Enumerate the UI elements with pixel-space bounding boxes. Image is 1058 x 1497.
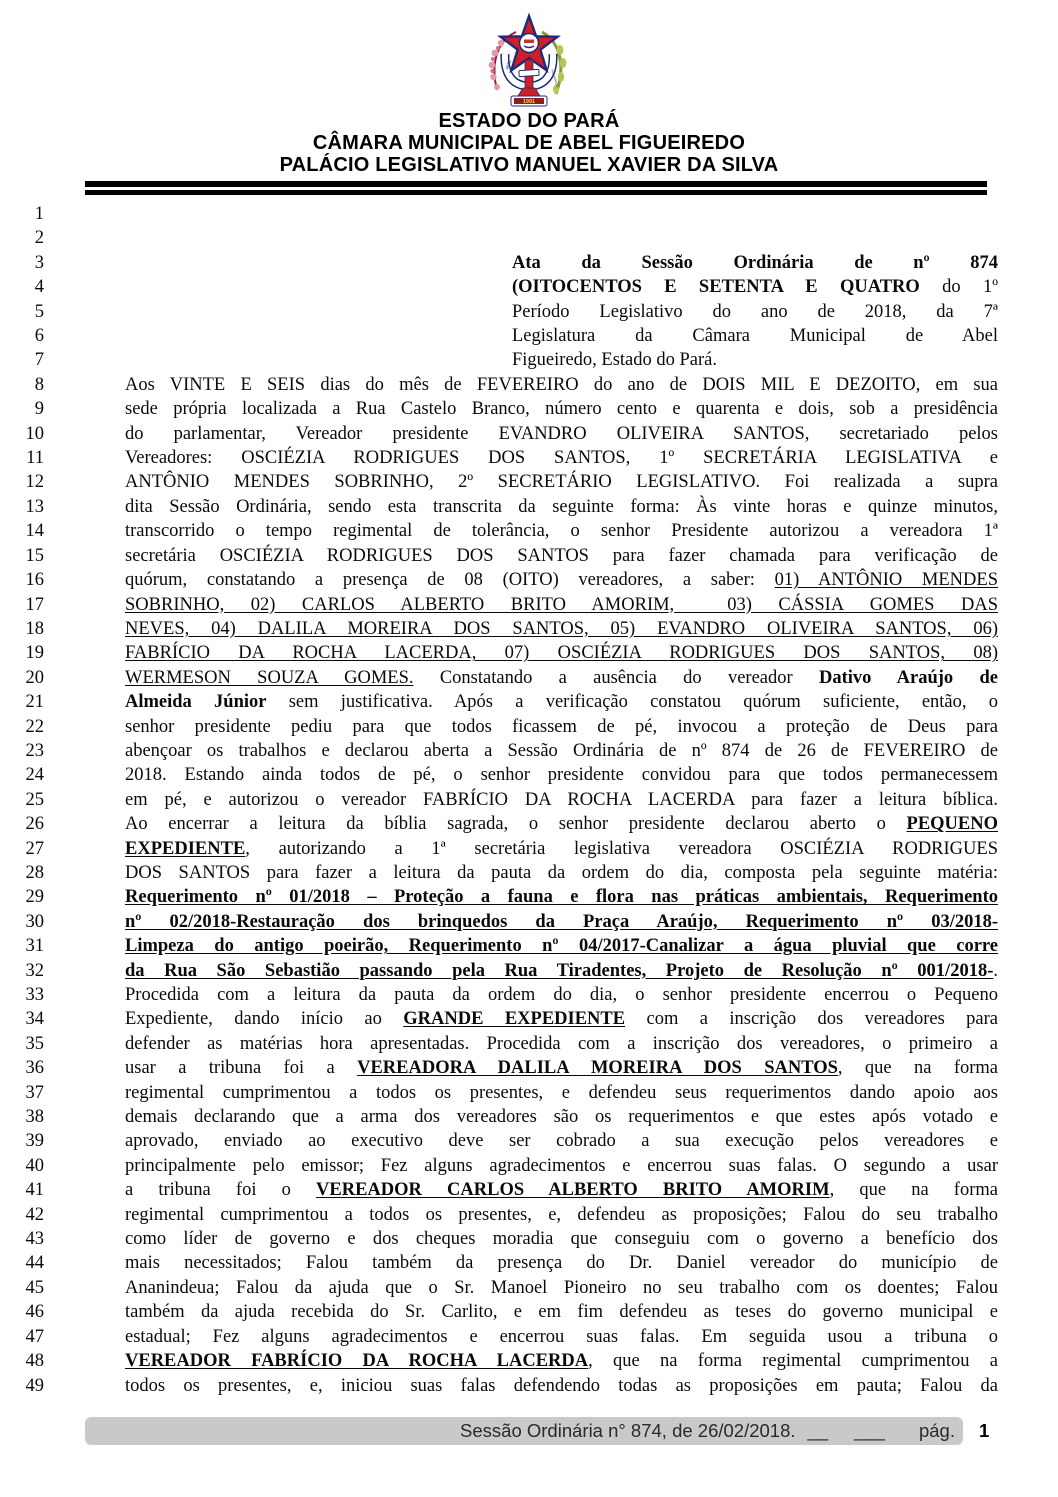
footer-blank-1: __ <box>808 1420 829 1442</box>
line-number: 19 <box>0 641 44 665</box>
line-number: 27 <box>0 837 44 861</box>
line-number: 32 <box>0 959 44 983</box>
document-line: 23abençoar os trabalhos e declarou abert… <box>0 739 1058 763</box>
line-text: dita Sessão Ordinária, sendo esta transc… <box>125 495 998 519</box>
document-line: 3Ata da Sessão Ordinária de nº 874 <box>0 251 1058 275</box>
document-line: 40principalmente pelo emissor; Fez algun… <box>0 1154 1058 1178</box>
document-line: 43como líder de governo e dos cheques mo… <box>0 1227 1058 1251</box>
line-text: transcorrido o tempo regimental de toler… <box>125 519 998 543</box>
line-text: da Rua São Sebastião passando pela Rua T… <box>125 959 998 983</box>
line-number: 45 <box>0 1276 44 1300</box>
line-text: do parlamentar, Vereador presidente EVAN… <box>125 422 998 446</box>
line-number: 46 <box>0 1300 44 1324</box>
line-text: usar a tribuna foi a VEREADORA DALILA MO… <box>125 1056 998 1080</box>
line-number: 41 <box>0 1178 44 1202</box>
line-number: 49 <box>0 1374 44 1398</box>
line-number: 38 <box>0 1105 44 1129</box>
line-number: 31 <box>0 934 44 958</box>
line-number: 14 <box>0 519 44 543</box>
line-number: 26 <box>0 812 44 836</box>
document-line: 22senhor presidente pediu para que todos… <box>0 715 1058 739</box>
rule-bottom-line <box>85 190 987 195</box>
line-number: 11 <box>0 446 44 470</box>
document-line: 16quórum, constatando a presença de 08 (… <box>0 568 1058 592</box>
document-line: 29Requerimento nº 01/2018 – Proteção a f… <box>0 885 1058 909</box>
document-line: 13dita Sessão Ordinária, sendo esta tran… <box>0 495 1058 519</box>
document-line: 49todos os presentes, e, iniciou suas fa… <box>0 1374 1058 1398</box>
line-number: 35 <box>0 1032 44 1056</box>
document-line: 4(OITOCENTOS E SETENTA E QUATRO do 1º <box>0 275 1058 299</box>
line-number: 5 <box>0 300 44 324</box>
line-number: 4 <box>0 275 44 299</box>
line-number: 3 <box>0 251 44 275</box>
line-text: EXPEDIENTE, autorizando a 1ª secretária … <box>125 837 998 861</box>
document-line: 41a tribuna foi o VEREADOR CARLOS ALBERT… <box>0 1178 1058 1202</box>
line-text: Aos VINTE E SEIS dias do mês de FEVEREIR… <box>125 373 998 397</box>
line-number: 29 <box>0 885 44 909</box>
line-number: 34 <box>0 1007 44 1031</box>
document-line: 15secretária OSCIÉZIA RODRIGUES DOS SANT… <box>0 544 1058 568</box>
line-number: 28 <box>0 861 44 885</box>
document-page: { "header": { "title_lines": [ "ESTADO D… <box>0 0 1058 1497</box>
line-text: Almeida Júnior sem justificativa. Após a… <box>125 690 998 714</box>
line-number: 22 <box>0 715 44 739</box>
document-line: 47estadual; Fez alguns agradecimentos e … <box>0 1325 1058 1349</box>
line-number: 16 <box>0 568 44 592</box>
line-text: NEVES, 04) DALILA MOREIRA DOS SANTOS, 05… <box>125 617 998 641</box>
crest-icon: ABEL FIGUEIREDO 1991 <box>464 10 594 110</box>
document-line: 35defender as matérias hora apresentadas… <box>0 1032 1058 1056</box>
line-number: 47 <box>0 1325 44 1349</box>
document-line: 30nº 02/2018-Restauração dos brinquedos … <box>0 910 1058 934</box>
line-number: 21 <box>0 690 44 714</box>
page-footer: Sessão Ordinária n° 874, de 26/02/2018. … <box>85 1417 1058 1445</box>
document-line: 39aprovado, enviado ao executivo deve se… <box>0 1129 1058 1153</box>
line-text: nº 02/2018-Restauração dos brinquedos da… <box>125 910 998 934</box>
line-number: 10 <box>0 422 44 446</box>
line-text: também da ajuda recebida do Sr. Carlito,… <box>125 1300 998 1324</box>
document-lines: 123Ata da Sessão Ordinária de nº 8744(OI… <box>0 202 1058 1398</box>
document-line: 2 <box>0 226 1058 250</box>
line-number: 44 <box>0 1251 44 1275</box>
line-number: 9 <box>0 397 44 421</box>
line-text: defender as matérias hora apresentadas. … <box>125 1032 998 1056</box>
footer-page-number: 1 <box>979 1420 989 1442</box>
line-text: demais declarando que a arma dos vereado… <box>125 1105 998 1129</box>
line-text: todos os presentes, e, iniciou suas fala… <box>125 1374 998 1398</box>
page-header: ABEL FIGUEIREDO 1991 ESTADO DO PARÁ CÂMA… <box>0 0 1058 176</box>
line-number: 33 <box>0 983 44 1007</box>
line-number: 13 <box>0 495 44 519</box>
document-line: 33Procedida com a leitura da pauta da or… <box>0 983 1058 1007</box>
line-number: 37 <box>0 1081 44 1105</box>
line-number: 42 <box>0 1203 44 1227</box>
line-text: em pé, e autorizou o vereador FABRÍCIO D… <box>125 788 998 812</box>
document-line: 26Ao encerrar a leitura da bíblia sagrad… <box>0 812 1058 836</box>
line-number: 43 <box>0 1227 44 1251</box>
line-text: DOS SANTOS para fazer a leitura da pauta… <box>125 861 998 885</box>
line-number: 12 <box>0 470 44 494</box>
municipal-crest-logo: ABEL FIGUEIREDO 1991 <box>0 10 1058 110</box>
line-text: abençoar os trabalhos e declarou aberta … <box>125 739 998 763</box>
document-line: 21Almeida Júnior sem justificativa. Após… <box>0 690 1058 714</box>
line-text: (OITOCENTOS E SETENTA E QUATRO do 1º <box>125 275 998 299</box>
document-line: 37regimental cumprimentou a todos os pre… <box>0 1081 1058 1105</box>
document-line: 20WERMESON SOUZA GOMES. Constatando a au… <box>0 666 1058 690</box>
line-text: FABRÍCIO DA ROCHA LACERDA, 07) OSCIÉZIA … <box>125 641 998 665</box>
document-line: 9sede própria localizada a Rua Castelo B… <box>0 397 1058 421</box>
crest-year: 1991 <box>523 99 535 105</box>
line-text: 2018. Estando ainda todos de pé, o senho… <box>125 763 998 787</box>
line-number: 48 <box>0 1349 44 1373</box>
line-text <box>125 202 998 226</box>
line-text: Figueiredo, Estado do Pará. <box>125 348 998 372</box>
document-line: 17SOBRINHO, 02) CARLOS ALBERTO BRITO AMO… <box>0 593 1058 617</box>
line-text: quórum, constatando a presença de 08 (OI… <box>125 568 998 592</box>
line-text: Ata da Sessão Ordinária de nº 874 <box>125 251 998 275</box>
line-number: 15 <box>0 544 44 568</box>
line-text <box>125 226 998 250</box>
line-text: Legislatura da Câmara Municipal de Abel <box>125 324 998 348</box>
document-line: 28DOS SANTOS para fazer a leitura da pau… <box>0 861 1058 885</box>
document-line: 7Figueiredo, Estado do Pará. <box>0 348 1058 372</box>
footer-bar: Sessão Ordinária n° 874, de 26/02/2018. … <box>85 1417 963 1445</box>
line-text: ANTÔNIO MENDES SOBRINHO, 2º SECRETÁRIO L… <box>125 470 998 494</box>
line-text: Vereadores: OSCIÉZIA RODRIGUES DOS SANTO… <box>125 446 998 470</box>
line-text: Ananindeua; Falou da ajuda que o Sr. Man… <box>125 1276 998 1300</box>
footer-blank-2: ___ <box>854 1420 885 1442</box>
document-line: 34Expediente, dando início ao GRANDE EXP… <box>0 1007 1058 1031</box>
document-line: 6Legislatura da Câmara Municipal de Abel <box>0 324 1058 348</box>
header-chamber-title: CÂMARA MUNICIPAL DE ABEL FIGUEIREDO <box>0 132 1058 154</box>
line-text: WERMESON SOUZA GOMES. Constatando a ausê… <box>125 666 998 690</box>
line-text: a tribuna foi o VEREADOR CARLOS ALBERTO … <box>125 1178 998 1202</box>
line-text: mais necessitados; Falou também da prese… <box>125 1251 998 1275</box>
document-line: 27EXPEDIENTE, autorizando a 1ª secretári… <box>0 837 1058 861</box>
header-palace-title: PALÁCIO LEGISLATIVO MANUEL XAVIER DA SIL… <box>0 154 1058 176</box>
line-text: Procedida com a leitura da pauta da orde… <box>125 983 998 1007</box>
line-text: sede própria localizada a Rua Castelo Br… <box>125 397 998 421</box>
document-line: 8Aos VINTE E SEIS dias do mês de FEVEREI… <box>0 373 1058 397</box>
line-number: 7 <box>0 348 44 372</box>
line-number: 18 <box>0 617 44 641</box>
document-line: 14transcorrido o tempo regimental de tol… <box>0 519 1058 543</box>
document-line: 11Vereadores: OSCIÉZIA RODRIGUES DOS SAN… <box>0 446 1058 470</box>
line-number: 40 <box>0 1154 44 1178</box>
line-number: 24 <box>0 763 44 787</box>
line-text: estadual; Fez alguns agradecimentos e en… <box>125 1325 998 1349</box>
document-line: 1 <box>0 202 1058 226</box>
footer-session-text: Sessão Ordinária n° 874, de 26/02/2018. <box>460 1420 796 1442</box>
document-line: 10do parlamentar, Vereador presidente EV… <box>0 422 1058 446</box>
document-line: 42regimental cumprimentou a todos os pre… <box>0 1203 1058 1227</box>
footer-page-label: pág. <box>919 1420 955 1442</box>
document-line: 44mais necessitados; Falou também da pre… <box>0 1251 1058 1275</box>
line-text: regimental cumprimentou a todos os prese… <box>125 1203 998 1227</box>
line-text: principalmente pelo emissor; Fez alguns … <box>125 1154 998 1178</box>
line-number: 8 <box>0 373 44 397</box>
line-number: 2 <box>0 226 44 250</box>
line-text: Ao encerrar a leitura da bíblia sagrada,… <box>125 812 998 836</box>
line-text: regimental cumprimentou a todos os prese… <box>125 1081 998 1105</box>
line-text: secretária OSCIÉZIA RODRIGUES DOS SANTOS… <box>125 544 998 568</box>
line-number: 25 <box>0 788 44 812</box>
document-line: 12ANTÔNIO MENDES SOBRINHO, 2º SECRETÁRIO… <box>0 470 1058 494</box>
line-number: 39 <box>0 1129 44 1153</box>
line-text: Período Legislativo do ano de 2018, da 7… <box>125 300 998 324</box>
document-line: 46também da ajuda recebida do Sr. Carlit… <box>0 1300 1058 1324</box>
document-line: 38demais declarando que a arma dos verea… <box>0 1105 1058 1129</box>
header-state-title: ESTADO DO PARÁ <box>0 110 1058 132</box>
document-line: 25em pé, e autorizou o vereador FABRÍCIO… <box>0 788 1058 812</box>
line-text: VEREADOR FABRÍCIO DA ROCHA LACERDA, que … <box>125 1349 998 1373</box>
document-line: 18NEVES, 04) DALILA MOREIRA DOS SANTOS, … <box>0 617 1058 641</box>
document-line: 36usar a tribuna foi a VEREADORA DALILA … <box>0 1056 1058 1080</box>
document-line: 31Limpeza do antigo poeirão, Requeriment… <box>0 934 1058 958</box>
document-line: 242018. Estando ainda todos de pé, o sen… <box>0 763 1058 787</box>
header-double-rule <box>85 181 987 195</box>
line-text: Expediente, dando início ao GRANDE EXPED… <box>125 1007 998 1031</box>
line-text: aprovado, enviado ao executivo deve ser … <box>125 1129 998 1153</box>
line-text: como líder de governo e dos cheques mora… <box>125 1227 998 1251</box>
document-line: 32da Rua São Sebastião passando pela Rua… <box>0 959 1058 983</box>
line-number: 23 <box>0 739 44 763</box>
document-line: 45Ananindeua; Falou da ajuda que o Sr. M… <box>0 1276 1058 1300</box>
line-number: 20 <box>0 666 44 690</box>
document-line: 19FABRÍCIO DA ROCHA LACERDA, 07) OSCIÉZI… <box>0 641 1058 665</box>
line-text: Limpeza do antigo poeirão, Requerimento … <box>125 934 998 958</box>
line-text: Requerimento nº 01/2018 – Proteção a fau… <box>125 885 998 909</box>
rule-top-line <box>85 181 987 187</box>
line-number: 30 <box>0 910 44 934</box>
line-number: 6 <box>0 324 44 348</box>
line-text: SOBRINHO, 02) CARLOS ALBERTO BRITO AMORI… <box>125 593 998 617</box>
document-line: 5Período Legislativo do ano de 2018, da … <box>0 300 1058 324</box>
line-number: 36 <box>0 1056 44 1080</box>
line-number: 17 <box>0 593 44 617</box>
line-number: 1 <box>0 202 44 226</box>
line-text: senhor presidente pediu para que todos f… <box>125 715 998 739</box>
document-line: 48VEREADOR FABRÍCIO DA ROCHA LACERDA, qu… <box>0 1349 1058 1373</box>
